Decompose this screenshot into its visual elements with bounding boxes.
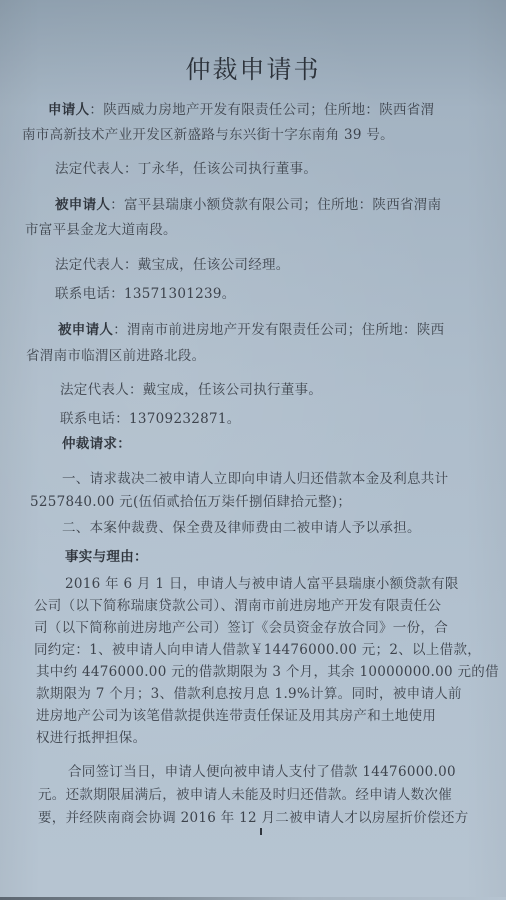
- facts-para1-line-4: 同约定：1、被申请人向申请人借款￥14476000.00 元；2、以上借款，: [34, 638, 481, 658]
- facts-para2-line-3: 要，并经陕南商会协调 2016 年 12 月二被申请人才以房屋折价偿还方: [38, 806, 469, 826]
- respondent1-text: ：富平县瑞康小额贷款有限公司；住所地：陕西省渭南: [110, 197, 441, 213]
- respondent2-line-2: 省渭南市临渭区前进路北段。: [26, 344, 205, 364]
- facts-para1-line-8: 权进行抵押担保。: [36, 726, 146, 746]
- respondent2-line-1: 被申请人：渭南市前进房地产开发有限责任公司；住所地：陕西: [58, 318, 444, 338]
- respondent2-legal-rep: 法定代表人：戴宝成，任该公司执行董事。: [60, 378, 322, 398]
- claim-1-line-1: 一、请求裁决二被申请人立即向申请人归还借款本金及利息共计: [62, 467, 448, 487]
- applicant-legal-rep: 法定代表人：丁永华，任该公司执行董事。: [55, 157, 317, 177]
- facts-para1-line-7: 进房地产公司为该笔借款提供连带责任保证及用其房产和土地使用: [36, 704, 436, 724]
- facts-para1-line-6: 款期限为 7 个月；3、借款利息按月息 1.9%计算。同时，被申请人前: [36, 682, 462, 702]
- claims-heading: 仲裁请求：: [62, 432, 131, 452]
- applicant-label: 申请人: [48, 102, 89, 118]
- page-number-mark: [260, 828, 262, 835]
- applicant-line-1: 申请人：陕西威力房地产开发有限责任公司；住所地：陕西省渭: [48, 98, 434, 118]
- facts-para1-line-2: 公司（以下简称瑞康贷款公司）、渭南市前进房地产开发有限责任公: [34, 594, 441, 614]
- applicant-text: ：陕西威力房地产开发有限责任公司；住所地：陕西省渭: [89, 102, 434, 118]
- claim-1-line-2: 5257840.00 元(伍佰贰拾伍万柒仟捌佰肆拾元整)；: [30, 490, 351, 510]
- respondent1-phone: 联系电话：13571301239。: [55, 282, 236, 302]
- facts-para1-line-3: 司（以下简称前进房地产公司）签订《会员资金存放合同》一份，合: [34, 616, 448, 636]
- facts-para1-line-1: 2016 年 6 月 1 日，申请人与被申请人富平县瑞康小额贷款有限: [65, 572, 459, 592]
- respondent1-line-2: 市富平县金龙大道南段。: [25, 218, 177, 238]
- document-title: 仲裁申请书: [0, 50, 506, 86]
- respondent2-label: 被申请人: [58, 322, 113, 338]
- applicant-line-2: 南市高新技术产业开发区新盛路与东兴街十字东南角 39 号。: [22, 123, 394, 143]
- respondent1-label: 被申请人: [55, 197, 110, 213]
- facts-heading: 事实与理由：: [65, 545, 148, 565]
- facts-para1-line-5: 其中约 4476000.00 元的借款期限为 3 个月，其余 10000000.…: [36, 660, 499, 680]
- document-page: 仲裁申请书 申请人：陕西威力房地产开发有限责任公司；住所地：陕西省渭 南市高新技…: [0, 0, 506, 900]
- facts-para2-line-2: 元。还款期限届满后，被申请人未能及时归还借款。经申请人数次催: [38, 783, 452, 803]
- respondent2-text: ：渭南市前进房地产开发有限责任公司；住所地：陕西: [113, 322, 444, 338]
- respondent2-phone: 联系电话：13709232871。: [60, 407, 241, 427]
- respondent1-legal-rep: 法定代表人：戴宝成，任该公司经理。: [55, 253, 290, 273]
- claim-2: 二、本案仲裁费、保全费及律师费由二被申请人予以承担。: [62, 516, 421, 536]
- respondent1-line-1: 被申请人：富平县瑞康小额贷款有限公司；住所地：陕西省渭南: [55, 193, 441, 213]
- facts-para2-line-1: 合同签订当日，申请人便向被申请人支付了借款 14476000.00: [68, 760, 456, 780]
